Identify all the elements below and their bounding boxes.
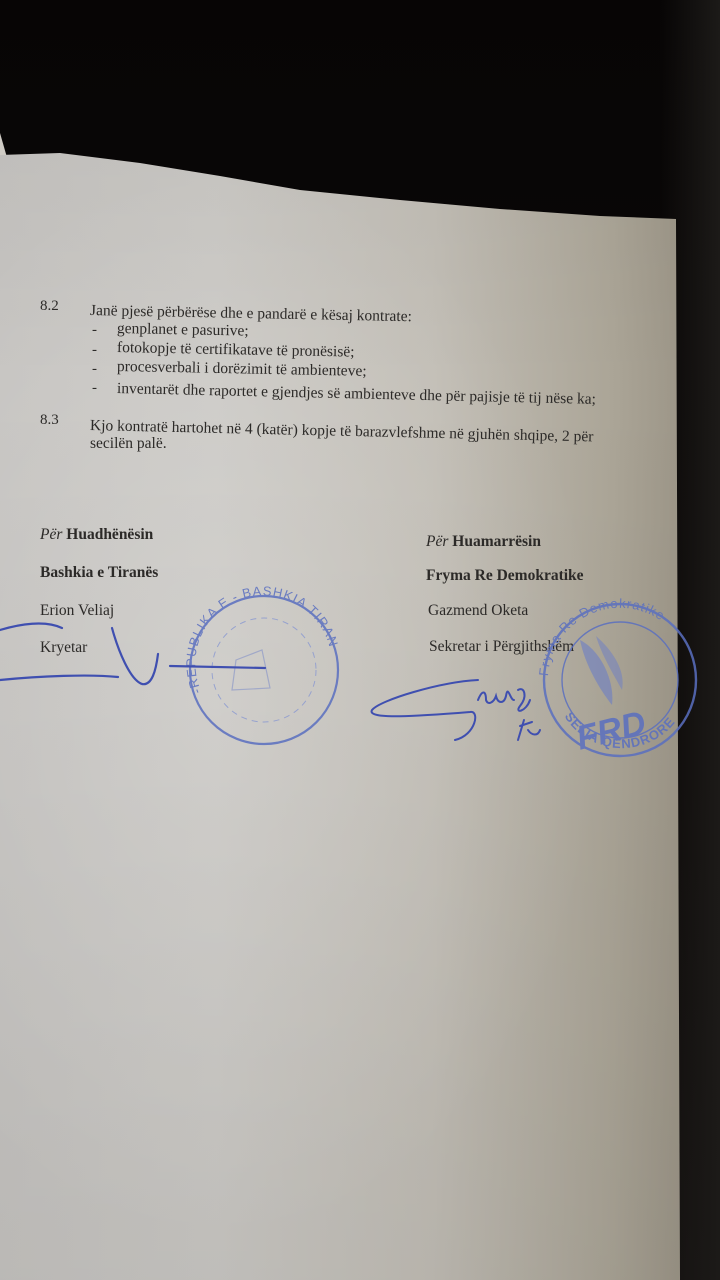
right-organization: Fryma Re Demokratike xyxy=(426,568,584,584)
right-signatory-name: Gazmend Oketa xyxy=(428,603,528,619)
left-signatory-role: Për Huadhënësin xyxy=(40,527,153,543)
section-8-3-line-2: secilën palë. xyxy=(90,436,167,452)
left-signatory-title: Kryetar xyxy=(40,640,87,656)
right-signatory-role: Për Huamarrësin xyxy=(426,534,541,550)
document-content: 8.2 Janë pjesë përbërëse dhe e pandarë e… xyxy=(0,0,720,1280)
section-number-8-3: 8.3 xyxy=(40,412,59,428)
bullet-item-3: procesverbali i dorëzimit të ambienteve; xyxy=(117,359,367,380)
left-signatory-name: Erion Veliaj xyxy=(40,603,114,619)
left-role-name: Huadhënësin xyxy=(66,526,153,543)
right-role-prefix: Për xyxy=(426,533,448,550)
bullet-marker: - xyxy=(92,380,97,396)
left-organization: Bashkia e Tiranës xyxy=(40,565,158,581)
left-role-prefix: Për xyxy=(40,526,62,543)
bullet-item-1: genplanet e pasurive; xyxy=(117,321,249,340)
bullet-item-4: inventarët dhe raportet e gjendjes së am… xyxy=(117,381,596,408)
section-number-8-2: 8.2 xyxy=(40,298,59,314)
photo-scene: 8.2 Janë pjesë përbërëse dhe e pandarë e… xyxy=(0,0,720,1280)
bullet-marker: - xyxy=(92,342,97,358)
bullet-marker: - xyxy=(92,322,97,338)
bullet-item-2: fotokopje të certifikatave të pronësisë; xyxy=(117,340,355,361)
right-signatory-title: Sekretar i Përgjithshëm xyxy=(429,639,574,655)
right-role-name: Huamarrësin xyxy=(452,533,541,550)
bullet-marker: - xyxy=(92,361,97,377)
